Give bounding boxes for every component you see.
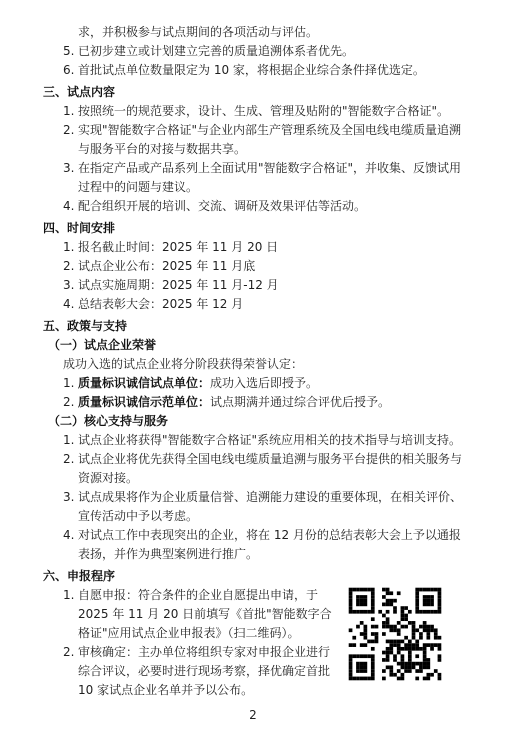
item-number: 2.: [63, 121, 78, 159]
item-text: 试点企业将优先获得全国电线电缆质量追溯与服务平台提供的相关服务与资源对接。: [78, 450, 463, 488]
list-item: 2. 审核确定：主办单位将组织专家对申报企业进行综合评议，必要时进行现场考察，择…: [63, 643, 333, 700]
item-lead: 质量标识诚信试点单位：: [78, 376, 210, 390]
list-item: 1. 试点企业将获得"智能数字合格证"系统应用相关的技术指导与培训支持。: [63, 431, 463, 450]
list-item: 1. 自愿申报：符合条件的企业自愿提出申请，于 2025 年 11 月 20 日…: [63, 586, 333, 643]
section-heading-4: 四、时间安排: [43, 219, 463, 238]
list-item: 3. 试点实施周期：2025 年 11 月-12 月: [63, 276, 463, 295]
section-6-text-column: 1. 自愿申报：符合条件的企业自愿提出申请，于 2025 年 11 月 20 日…: [43, 586, 333, 700]
item-number: 1.: [63, 102, 78, 121]
item-number: 1.: [63, 431, 78, 450]
item-lead: 质量标识诚信示范单位：: [78, 395, 210, 409]
item-number: 2.: [63, 643, 78, 700]
item-number: 1.: [63, 586, 78, 643]
intro-line: 成功入选的试点企业将分阶段获得荣誉认定：: [63, 355, 463, 374]
item-number: 4.: [63, 197, 78, 216]
item-text: 试点企业将获得"智能数字合格证"系统应用相关的技术指导与培训支持。: [78, 431, 463, 450]
sub-heading-5-1: （一）试点企业荣誉: [48, 336, 463, 355]
document-page: 求，并积极参与试点期间的各项活动与评估。 5. 已初步建立或计划建立完善的质量追…: [0, 0, 507, 739]
item-text: 对试点工作中表现突出的企业，将在 12 月份的总结表彰大会上予以通报表扬，并作为…: [78, 526, 463, 564]
item-text: 试点成果将作为企业质量信誉、追溯能力建设的重要体现，在相关评价、宣传活动中予以考…: [78, 488, 463, 526]
list-item: 2. 试点企业将优先获得全国电线电缆质量追溯与服务平台提供的相关服务与资源对接。: [63, 450, 463, 488]
item-number: 2.: [63, 257, 78, 276]
item-text: 质量标识诚信示范单位：试点期满并通过综合评优后授予。: [78, 393, 463, 412]
item-text: 实现"智能数字合格证"与企业内部生产管理系统及全国电线电缆质量追溯与服务平台的对…: [78, 121, 463, 159]
item-number: 6.: [63, 61, 78, 80]
list-item: 3. 在指定产品或产品系列上全面试用"智能数字合格证"，并收集、反馈试用过程中的…: [63, 159, 463, 197]
list-item: 3. 试点成果将作为企业质量信誉、追溯能力建设的重要体现，在相关评价、宣传活动中…: [63, 488, 463, 526]
item-text: 自愿申报：符合条件的企业自愿提出申请，于 2025 年 11 月 20 日前填写…: [78, 586, 333, 643]
list-item: 2. 实现"智能数字合格证"与企业内部生产管理系统及全国电线电缆质量追溯与服务平…: [63, 121, 463, 159]
item-text: 已初步建立或计划建立完善的质量追溯体系者优先。: [78, 42, 463, 61]
item-text: 试点实施周期：2025 年 11 月-12 月: [78, 276, 463, 295]
item-text: 在指定产品或产品系列上全面试用"智能数字合格证"，并收集、反馈试用过程中的问题与…: [78, 159, 463, 197]
list-item: 4. 总结表彰大会：2025 年 12 月: [63, 295, 463, 314]
item-text: 配合组织开展的培训、交流、调研及效果评估等活动。: [78, 197, 463, 216]
item-text: 报名截止时间：2025 年 11 月 20 日: [78, 238, 463, 257]
list-item: 6. 首批试点单位数量限定为 10 家，将根据企业综合条件择优选定。: [63, 61, 463, 80]
item-number: 3.: [63, 276, 78, 295]
item-number: 1.: [63, 238, 78, 257]
item-number: 1.: [63, 374, 78, 393]
list-item: 2. 试点企业公布：2025 年 11 月底: [63, 257, 463, 276]
list-item: 4. 对试点工作中表现突出的企业，将在 12 月份的总结表彰大会上予以通报表扬，…: [63, 526, 463, 564]
item-number: 5.: [63, 42, 78, 61]
item-number: 4.: [63, 295, 78, 314]
item-text: 试点企业公布：2025 年 11 月底: [78, 257, 463, 276]
list-item: 2. 质量标识诚信示范单位：试点期满并通过综合评优后授予。: [63, 393, 463, 412]
item-number: 4.: [63, 526, 78, 564]
item-rest: 试点期满并通过综合评优后授予。: [210, 395, 390, 409]
qr-code-image: [345, 584, 445, 684]
item-number: 2.: [63, 450, 78, 488]
page-number: 2: [43, 706, 463, 725]
item-number: 2.: [63, 393, 78, 412]
section-6-body: 1. 自愿申报：符合条件的企业自愿提出申请，于 2025 年 11 月 20 日…: [43, 586, 463, 700]
continuation-line: 求，并积极参与试点期间的各项活动与评估。: [78, 23, 463, 42]
item-text: 总结表彰大会：2025 年 12 月: [78, 295, 463, 314]
item-text: 首批试点单位数量限定为 10 家，将根据企业综合条件择优选定。: [78, 61, 463, 80]
list-item: 4. 配合组织开展的培训、交流、调研及效果评估等活动。: [63, 197, 463, 216]
item-number: 3.: [63, 488, 78, 526]
item-text: 质量标识诚信试点单位：成功入选后即授予。: [78, 374, 463, 393]
section-heading-3: 三、试点内容: [43, 83, 463, 102]
list-item: 5. 已初步建立或计划建立完善的质量追溯体系者优先。: [63, 42, 463, 61]
item-rest: 成功入选后即授予。: [210, 376, 318, 390]
list-item: 1. 报名截止时间：2025 年 11 月 20 日: [63, 238, 463, 257]
item-number: 3.: [63, 159, 78, 197]
list-item: 1. 质量标识诚信试点单位：成功入选后即授予。: [63, 374, 463, 393]
section-heading-5: 五、政策与支持: [43, 317, 463, 336]
list-item: 1. 按照统一的规范要求，设计、生成、管理及贴附的"智能数字合格证"。: [63, 102, 463, 121]
item-text: 按照统一的规范要求，设计、生成、管理及贴附的"智能数字合格证"。: [78, 102, 463, 121]
sub-heading-5-2: （二）核心支持与服务: [48, 412, 463, 431]
item-text: 审核确定：主办单位将组织专家对申报企业进行综合评议，必要时进行现场考察，择优确定…: [78, 643, 333, 700]
